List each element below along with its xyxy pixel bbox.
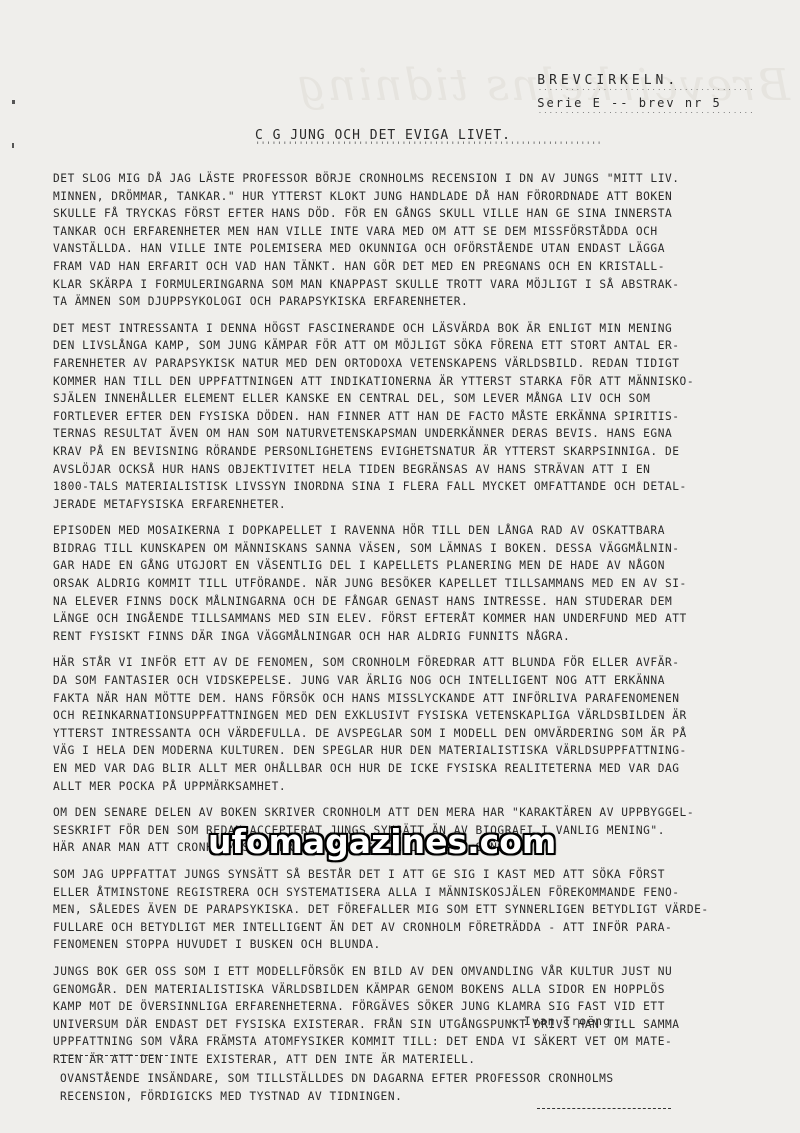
footnote-divider xyxy=(60,1055,168,1057)
issue-underline: '''''''''''''''''''''''''''''''''''''''' xyxy=(537,112,754,118)
publication-header: BREVCIRKELN. '''''''''''''''''''''''''''… xyxy=(537,72,754,118)
paragraph: SOM JAG UPPFATTAT JUNGS SYNSÄTT SÅ BESTÅ… xyxy=(53,866,763,954)
text-line: KAMP MOT DE ÖVERSINNLIGA ERFARENHETERNA.… xyxy=(53,998,763,1016)
text-line: TERNAS RESULTAT ÄVEN OM HAN SOM NATURVET… xyxy=(53,425,763,443)
publication-name: BREVCIRKELN. xyxy=(537,72,754,89)
text-line: KRAV PÅ EN BEVISNING RÖRANDE PERSONLIGHE… xyxy=(53,443,763,461)
text-line: AVSLÖJAR OCKSÅ HUR HANS OBJEKTIVITET HEL… xyxy=(53,461,763,479)
text-line: SKULLE FÅ TRYCKAS FÖRST EFTER HANS DÖD. … xyxy=(53,205,763,223)
article-title-block: C G JUNG OCH DET EVIGA LIVET. ''''''''''… xyxy=(255,128,602,149)
text-line: ELLER ÅTMINSTONE REGISTRERA OCH SYSTEMAT… xyxy=(53,884,763,902)
article-body: DET SLOG MIG DÅ JAG LÄSTE PROFESSOR BÖRJ… xyxy=(53,170,763,1078)
text-line: MINNEN, DRÖMMAR, TANKAR." HUR YTTERST KL… xyxy=(53,188,763,206)
text-line: TANKAR OCH ERFARENHETER MEN HAN VILLE IN… xyxy=(53,223,763,241)
text-line: VANSTÄLLDA. HAN VILLE INTE POLEMISERA ME… xyxy=(53,240,763,258)
text-line: DET SLOG MIG DÅ JAG LÄSTE PROFESSOR BÖRJ… xyxy=(53,170,763,188)
text-line: BIDRAG TILL KUNSKAPEN OM MÄNNISKANS SANN… xyxy=(53,540,763,558)
text-line: DA SOM FANTASIER OCH VIDSKEPELSE. JUNG V… xyxy=(53,672,763,690)
text-line: GAR HADE EN GÅNG UTGJORT EN VÄSENTLIG DE… xyxy=(53,557,763,575)
text-line: TA ÄMNEN SOM DJUPPSYKOLOGI OCH PARAPSYKI… xyxy=(53,293,763,311)
text-line: KLAR SKÄRPA I FORMULERINGARNA SOM MAN KN… xyxy=(53,276,763,294)
margin-mark xyxy=(12,100,15,104)
watermark: ufomagazines.com xyxy=(208,822,588,872)
closing-divider xyxy=(537,1108,671,1110)
text-line: ALLT MER POCKA PÅ UPPMÄRKSAMHET. xyxy=(53,778,763,796)
text-line: MEN, SÅLEDES ÄVEN DE PARAPSYKISKA. DET F… xyxy=(53,901,763,919)
footnote: OVANSTÅENDE INSÄNDARE, SOM TILLSTÄLLDES … xyxy=(60,1070,614,1106)
text-line: EPISODEN MED MOSAIKERNA I DOPKAPELLET I … xyxy=(53,522,763,540)
text-line: FULLARE OCH BETYDLIGT MER INTELLIGENT ÄN… xyxy=(53,919,763,937)
text-line: RENT FYSISKT FINNS DÄR INGA VÄGGMÅLNINGA… xyxy=(53,628,763,646)
text-line: UNIVERSUM DÄR ENDAST DET FYSISKA EXISTER… xyxy=(53,1016,763,1034)
text-line: OCH REINKARNATIONSUPPFATTNINGEN MED DEN … xyxy=(53,707,763,725)
text-line: FORTLEVER EFTER DEN FYSISKA DÖDEN. HAN F… xyxy=(53,408,763,426)
issue-number: Serie E -- brev nr 5 xyxy=(537,95,754,112)
text-line: VÄG I HELA DEN MODERNA KULTUREN. DEN SPE… xyxy=(53,742,763,760)
footnote-line: OVANSTÅENDE INSÄNDARE, SOM TILLSTÄLLDES … xyxy=(60,1070,614,1088)
paragraph: DET MEST INTRESSANTA I DENNA HÖGST FASCI… xyxy=(53,320,763,514)
signature: - Ivan Troëng - xyxy=(508,1014,627,1028)
paragraph: DET SLOG MIG DÅ JAG LÄSTE PROFESSOR BÖRJ… xyxy=(53,170,763,311)
text-line: UPPFATTNING SOM VÅRA FRÄMSTA ATOMFYSIKER… xyxy=(53,1033,763,1051)
text-line: 1800-TALS MATERIALISTISK LIVSSYN INORDNA… xyxy=(53,478,763,496)
text-line: FRAM VAD HAN ERFARIT OCH VAD HAN TÄNKT. … xyxy=(53,258,763,276)
text-line: NA ELEVER FINNS DOCK MÅLNINGARNA OCH DE … xyxy=(53,593,763,611)
text-line: JERADE METAFYSISKA ERFARENHETER. xyxy=(53,496,763,514)
text-line: YTTERST INTRESSANTA OCH VÄRDEFULLA. DE A… xyxy=(53,725,763,743)
text-line: ORSAK ALDRIG KOMMIT TILL UTFÖRANDE. NÄR … xyxy=(53,575,763,593)
text-line: KOMMER HAN TILL DEN UPPFATTNINGEN ATT IN… xyxy=(53,373,763,391)
text-line: FARENHETER AV PARAPSYKISK NATUR MED DEN … xyxy=(53,355,763,373)
text-line: DEN LIVSLÅNGA KAMP, SOM JUNG KÄMPAR FÖR … xyxy=(53,337,763,355)
text-line: DET MEST INTRESSANTA I DENNA HÖGST FASCI… xyxy=(53,320,763,338)
text-line: FAKTA NÄR HAN MÖTTE DEM. HANS FÖRSÖK OCH… xyxy=(53,690,763,708)
text-line: JUNGS BOK GER OSS SOM I ETT MODELLFÖRSÖK… xyxy=(53,963,763,981)
text-line: OM DEN SENARE DELEN AV BOKEN SKRIVER CRO… xyxy=(53,804,763,822)
text-line: HÄR STÅR VI INFÖR ETT AV DE FENOMEN, SOM… xyxy=(53,654,763,672)
text-line: RIEN ÄR ATT DEN INTE EXISTERAR, ATT DEN … xyxy=(53,1051,763,1069)
paragraph: HÄR STÅR VI INFÖR ETT AV DE FENOMEN, SOM… xyxy=(53,654,763,795)
text-line: EN MED VAR DAG BLIR ALLT MER OHÅLLBAR OC… xyxy=(53,760,763,778)
paragraph: EPISODEN MED MOSAIKERNA I DOPKAPELLET I … xyxy=(53,522,763,645)
text-line: LÄNGE OCH INGÅENDE TILLSAMMANS MED SIN E… xyxy=(53,610,763,628)
title-underline: ''''''''''''''''''''''''''''''''''''''''… xyxy=(255,143,602,149)
text-line: SJÄLEN INNEHÅLLER ELEMENT ELLER KANSKE E… xyxy=(53,390,763,408)
text-line: FENOMENEN STOPPA HUVUDET I BUSKEN OCH BL… xyxy=(53,936,763,954)
margin-mark xyxy=(12,143,14,148)
footnote-line: RECENSION, FÖRDIGICKS MED TYSTNAD AV TID… xyxy=(60,1088,614,1106)
paragraph: JUNGS BOK GER OSS SOM I ETT MODELLFÖRSÖK… xyxy=(53,963,763,1069)
document-page: Brevcirkelns tidning BREVCIRKELN. ''''''… xyxy=(0,0,800,1133)
text-line: GENOMGÅR. DEN MATERIALISTISKA VÄRLDSBILD… xyxy=(53,981,763,999)
